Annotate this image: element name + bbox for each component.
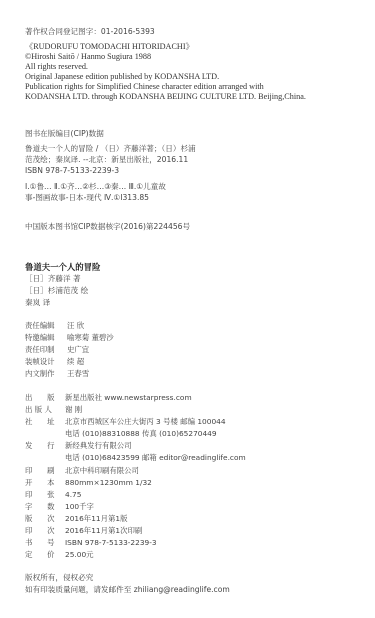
cip-line-4: Ⅰ.①鲁… Ⅱ.①齐…②杉…③秦… Ⅲ.①儿童故 xyxy=(25,182,166,192)
publishing-row: 字 数100千字 xyxy=(25,502,94,512)
publishing-row: 版 次2016年11月第1版 xyxy=(25,514,127,524)
staff-row: 责任印制史广宜 xyxy=(25,345,89,355)
book-translator: 秦岚 译 xyxy=(25,298,50,308)
publishing-row: 电话 (010)88310888 传真 (010)65270449 xyxy=(25,429,217,439)
rights-reserved-cn: 版权所有，侵权必究 xyxy=(25,573,93,583)
cip-line-2: 范茂绘；秦岚译. --北京：新星出版社，2016.11 xyxy=(25,155,188,165)
rights-reserved: All rights reserved. xyxy=(25,62,88,72)
publishing-row: 开 本880mm×1230mm 1/32 xyxy=(25,478,152,488)
publishing-row: 印 次2016年11月第1次印刷 xyxy=(25,526,142,536)
original-title: 《RUDORUFU TOMODACHI HITORIDACHI》 xyxy=(25,42,194,52)
book-author: ［日］齐藤洋 著 xyxy=(25,274,81,284)
publishing-row: 社 址北京市西城区车公庄大街丙 3 号楼 邮编 100044 xyxy=(25,417,226,427)
publishing-row: 印 张4.75 xyxy=(25,490,81,500)
staff-row: 装帧设计续 超 xyxy=(25,357,84,367)
staff-row: 责任编辑汪 欣 xyxy=(25,321,84,331)
publishing-row: 定 价25.00元 xyxy=(25,550,94,560)
publishing-row: 出 版新星出版社 www.newstarpress.com xyxy=(25,393,192,403)
copyright-notice: ©Hiroshi Saitō / Hanmo Sugiura 1988 xyxy=(25,52,151,62)
publishing-row: 书 号ISBN 978-7-5133-2239-3 xyxy=(25,538,157,548)
cip-isbn: ISBN 978-7-5133-2239-3 xyxy=(25,166,119,176)
book-title: 鲁道夫一个人的冒险 xyxy=(25,262,100,272)
copyright-registration: 著作权合同登记图字：01-2016-5393 xyxy=(25,27,155,37)
quality-contact: 如有印装质量问题，请发邮件至 zhiliang@readinglife.com xyxy=(25,585,230,595)
staff-row: 内文制作王春雪 xyxy=(25,369,89,379)
publishing-row: 印 刷北京中科印刷有限公司 xyxy=(25,466,139,476)
publication-rights: Publication rights for Simplified Chines… xyxy=(25,82,264,92)
cip-line-1: 鲁道夫一个人的冒险 / （日）齐藤洋著；（日）杉浦 xyxy=(25,144,196,154)
publishing-row: 电话 (010)68423599 邮箱 editor@readinglife.c… xyxy=(25,453,246,463)
publishing-row: 出 版 人谢 刚 xyxy=(25,405,82,415)
book-illustrator: ［日］杉浦范茂 绘 xyxy=(25,286,88,296)
arrangement-through: KODANSHA LTD. through KODANSHA BEIJING C… xyxy=(25,92,306,102)
publishing-row: 发 行新经典发行有限公司 xyxy=(25,441,132,451)
staff-row: 特邀编辑喻寒菊 董碧沙 xyxy=(25,333,114,343)
copyright-page: 著作权合同登记图字：01-2016-5393 《RUDORUFU TOMODAC… xyxy=(0,0,375,618)
cip-core-number: 中国版本图书馆CIP数据核字(2016)第224456号 xyxy=(25,222,190,232)
original-edition: Original Japanese edition published by K… xyxy=(25,72,219,82)
cip-line-5: 事-图画故事-日本-现代 Ⅳ.①I313.85 xyxy=(25,193,149,203)
cip-heading: 图书在版编目(CIP)数据 xyxy=(25,129,104,139)
